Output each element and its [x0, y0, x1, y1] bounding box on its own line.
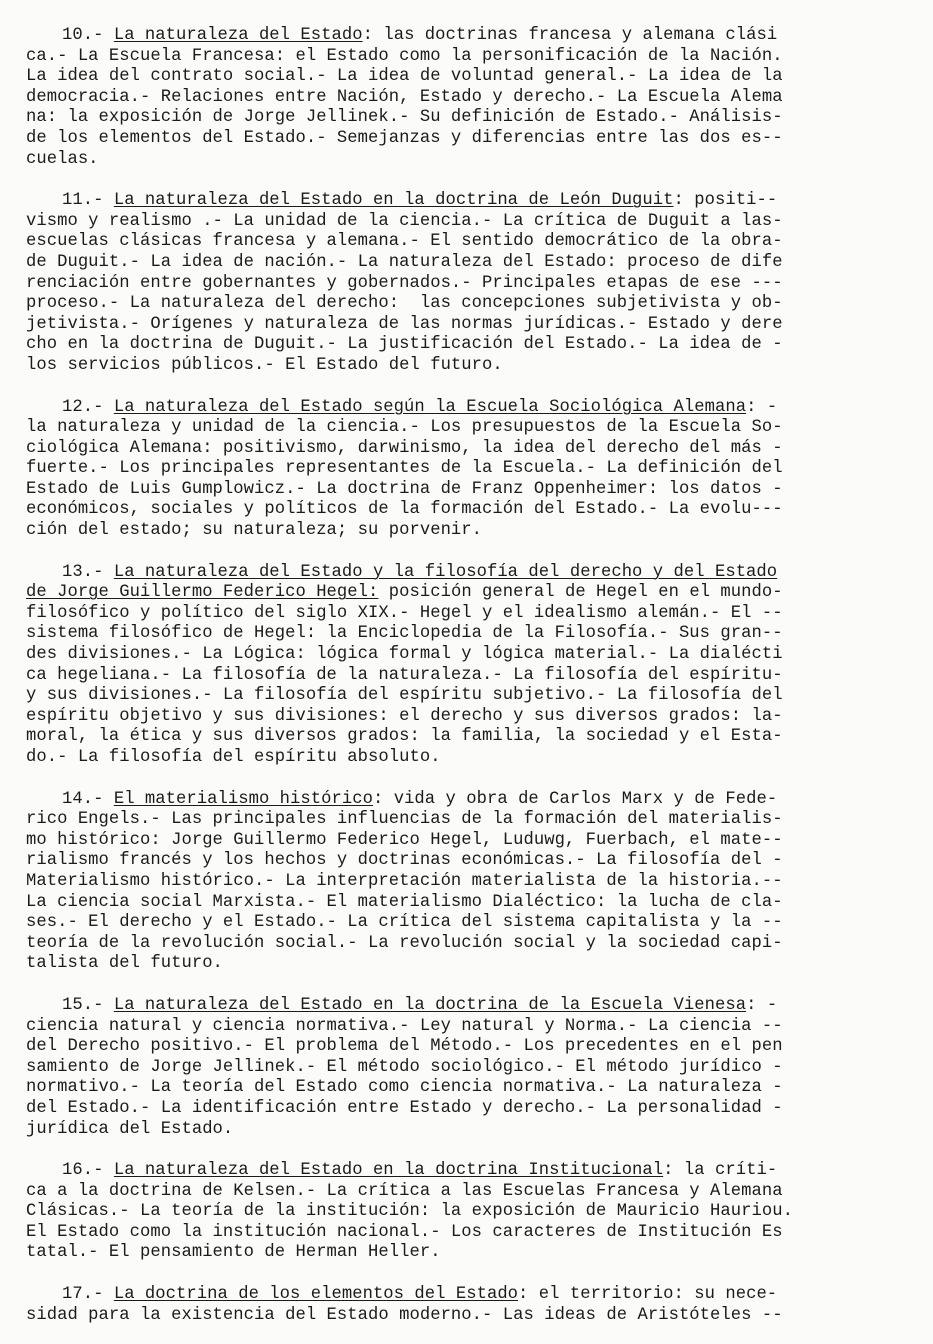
section-text-line: del Estado.- La identificación entre Est…	[26, 1099, 911, 1120]
section-text-line: des divisiones.- La Lógica: lógica forma…	[26, 645, 911, 666]
section-heading-line: 10.- La naturaleza del Estado: las doctr…	[26, 26, 911, 47]
section-text-line: espíritu objetivo y sus divisiones: el d…	[26, 707, 911, 728]
section-17: 17.- La doctrina de los elementos del Es…	[26, 1285, 911, 1326]
section-text-line: ca.- La Escuela Francesa: el Estado como…	[26, 47, 911, 68]
section-text-line: rico Engels.- Las principales influencia…	[26, 810, 911, 831]
section-text-line: escuelas clásicas francesa y alemana.- E…	[26, 232, 911, 253]
section-text-line: teoría de la revolución social.- La revo…	[26, 934, 911, 955]
section-text-line: ca a la doctrina de Kelsen.- La crítica …	[26, 1182, 911, 1203]
section-text-line: ciológica Alemana: positivismo, darwinis…	[26, 439, 911, 460]
section-text: -	[767, 398, 777, 417]
section-text-line: renciación entre gobernantes y gobernado…	[26, 274, 911, 295]
section-text-line: ses.- El derecho y el Estado.- La crític…	[26, 913, 911, 934]
separator: :	[363, 26, 373, 45]
section-heading-line: 16.- La naturaleza del Estado en la doct…	[26, 1161, 911, 1182]
section-text-line: de Duguit.- La idea de nación.- La natur…	[26, 253, 911, 274]
section-number: 16.-	[62, 1161, 103, 1180]
section-text-line: na: la exposición de Jorge Jellinek.- Su…	[26, 108, 911, 129]
section-11: 11.- La naturaleza del Estado en la doct…	[26, 191, 911, 376]
section-text-line: sistema filosófico de Hegel: la Enciclop…	[26, 624, 911, 645]
separator: :	[663, 1161, 673, 1180]
section-text: el territorio: su nece-	[539, 1285, 777, 1304]
section-text-line: jetivista.- Orígenes y naturaleza de las…	[26, 315, 911, 336]
section-text-line: vismo y realismo .- La unidad de la cien…	[26, 212, 911, 233]
section-number: 14.-	[62, 790, 103, 809]
section-title-continued: de Jorge Guillermo Federico Hegel:	[26, 583, 378, 602]
section-15: 15.- La naturaleza del Estado en la doct…	[26, 996, 911, 1140]
section-text-line: Estado de Luis Gumplowicz.- La doctrina …	[26, 480, 911, 501]
section-number: 10.-	[62, 26, 103, 45]
section-title: La naturaleza del Estado en la doctrina …	[114, 996, 746, 1015]
section-text-line: moral, la ética y sus diversos grados: l…	[26, 727, 911, 748]
section-heading-line: 11.- La naturaleza del Estado en la doct…	[26, 191, 911, 212]
section-text-line: do.- La filosofía del espíritu absoluto.	[26, 748, 911, 769]
section-text-line: proceso.- La naturaleza del derecho: las…	[26, 294, 911, 315]
section-heading-line: 12.- La naturaleza del Estado según la E…	[26, 398, 911, 419]
separator: :	[674, 191, 684, 210]
section-13: 13.- La naturaleza del Estado y la filos…	[26, 563, 911, 769]
section-heading-line: 13.- La naturaleza del Estado y la filos…	[26, 563, 911, 584]
separator: :	[373, 790, 383, 809]
section-text-line: Materialismo histórico.- La interpretaci…	[26, 872, 911, 893]
separator: :	[746, 398, 756, 417]
section-number: 12.-	[62, 398, 103, 417]
section-14: 14.- El materialismo histórico: vida y o…	[26, 790, 911, 975]
section-text-line: ca hegeliana.- La filosofía de la natura…	[26, 666, 911, 687]
section-16: 16.- La naturaleza del Estado en la doct…	[26, 1161, 911, 1264]
section-text-line: La idea del contrato social.- La idea de…	[26, 67, 911, 88]
section-text: la críti-	[684, 1161, 777, 1180]
section-text-line: El Estado como la institución nacional.-…	[26, 1223, 911, 1244]
section-text: vida y obra de Carlos Marx y de Fede-	[394, 790, 777, 809]
section-title: La naturaleza del Estado	[114, 26, 363, 45]
section-text-line: ción del estado; su naturaleza; su porve…	[26, 521, 911, 542]
section-title: La doctrina de los elementos del Estado	[114, 1285, 518, 1304]
section-text-line: democracia.- Relaciones entre Nación, Es…	[26, 88, 911, 109]
section-title: La naturaleza del Estado y la filosofía …	[114, 563, 777, 582]
section-text-line: económicos, sociales y políticos de la f…	[26, 500, 911, 521]
section-text-line: jurídica del Estado.	[26, 1120, 911, 1141]
section-10: 10.- La naturaleza del Estado: las doctr…	[26, 26, 911, 170]
section-text-line: cho en la doctrina de Duguit.- La justif…	[26, 335, 911, 356]
section-heading-line: 14.- El materialismo histórico: vida y o…	[26, 790, 911, 811]
section-text-line: los servicios públicos.- El Estado del f…	[26, 356, 911, 377]
section-text-line: del Derecho positivo.- El problema del M…	[26, 1037, 911, 1058]
section-number: 17.-	[62, 1285, 103, 1304]
scanned-page: 10.- La naturaleza del Estado: las doctr…	[0, 0, 933, 1344]
section-text-line: cuelas.	[26, 150, 911, 171]
section-title: La naturaleza del Estado según la Escuel…	[114, 398, 746, 417]
syllabus-text: 10.- La naturaleza del Estado: las doctr…	[26, 26, 911, 1344]
section-number: 13.-	[62, 563, 103, 582]
section-title: La naturaleza del Estado en la doctrina …	[114, 191, 674, 210]
section-number: 11.-	[62, 191, 103, 210]
section-title: La naturaleza del Estado en la doctrina …	[114, 1161, 663, 1180]
section-text-line: fuerte.- Los principales representantes …	[26, 459, 911, 480]
section-text-line: mo histórico: Jorge Guillermo Federico H…	[26, 831, 911, 852]
separator: :	[518, 1285, 528, 1304]
section-text-line: tatal.- El pensamiento de Herman Heller.	[26, 1243, 911, 1264]
section-text: positi--	[694, 191, 777, 210]
section-text-line: talista del futuro.	[26, 954, 911, 975]
section-text-line: la naturaleza y unidad de la ciencia.- L…	[26, 418, 911, 439]
section-text-line: normativo.- La teoría del Estado como ci…	[26, 1078, 911, 1099]
section-text-line: sidad para la existencia del Estado mode…	[26, 1306, 911, 1327]
section-heading-line: 17.- La doctrina de los elementos del Es…	[26, 1285, 911, 1306]
section-text-line: Clásicas.- La teoría de la institución: …	[26, 1202, 911, 1223]
section-text-line: La ciencia social Marxista.- El material…	[26, 893, 911, 914]
section-text: las doctrinas francesa y alemana clási	[383, 26, 777, 45]
section-text-line: ciencia natural y ciencia normativa.- Le…	[26, 1017, 911, 1038]
separator: :	[746, 996, 756, 1015]
section-text: posición general de Hegel en el mundo-	[389, 583, 783, 602]
section-text-line: samiento de Jorge Jellinek.- El método s…	[26, 1058, 911, 1079]
section-heading-line: de Jorge Guillermo Federico Hegel: posic…	[26, 583, 911, 604]
section-text-line: y sus divisiones.- La filosofía del espí…	[26, 686, 911, 707]
section-text-line: de los elementos del Estado.- Semejanzas…	[26, 129, 911, 150]
section-heading-line: 15.- La naturaleza del Estado en la doct…	[26, 996, 911, 1017]
section-text: -	[767, 996, 777, 1015]
section-12: 12.- La naturaleza del Estado según la E…	[26, 398, 911, 542]
section-text-line: filosófico y político del siglo XIX.- He…	[26, 604, 911, 625]
section-number: 15.-	[62, 996, 103, 1015]
section-title: El materialismo histórico	[114, 790, 373, 809]
section-text-line: rialismo francés y los hechos y doctrina…	[26, 851, 911, 872]
